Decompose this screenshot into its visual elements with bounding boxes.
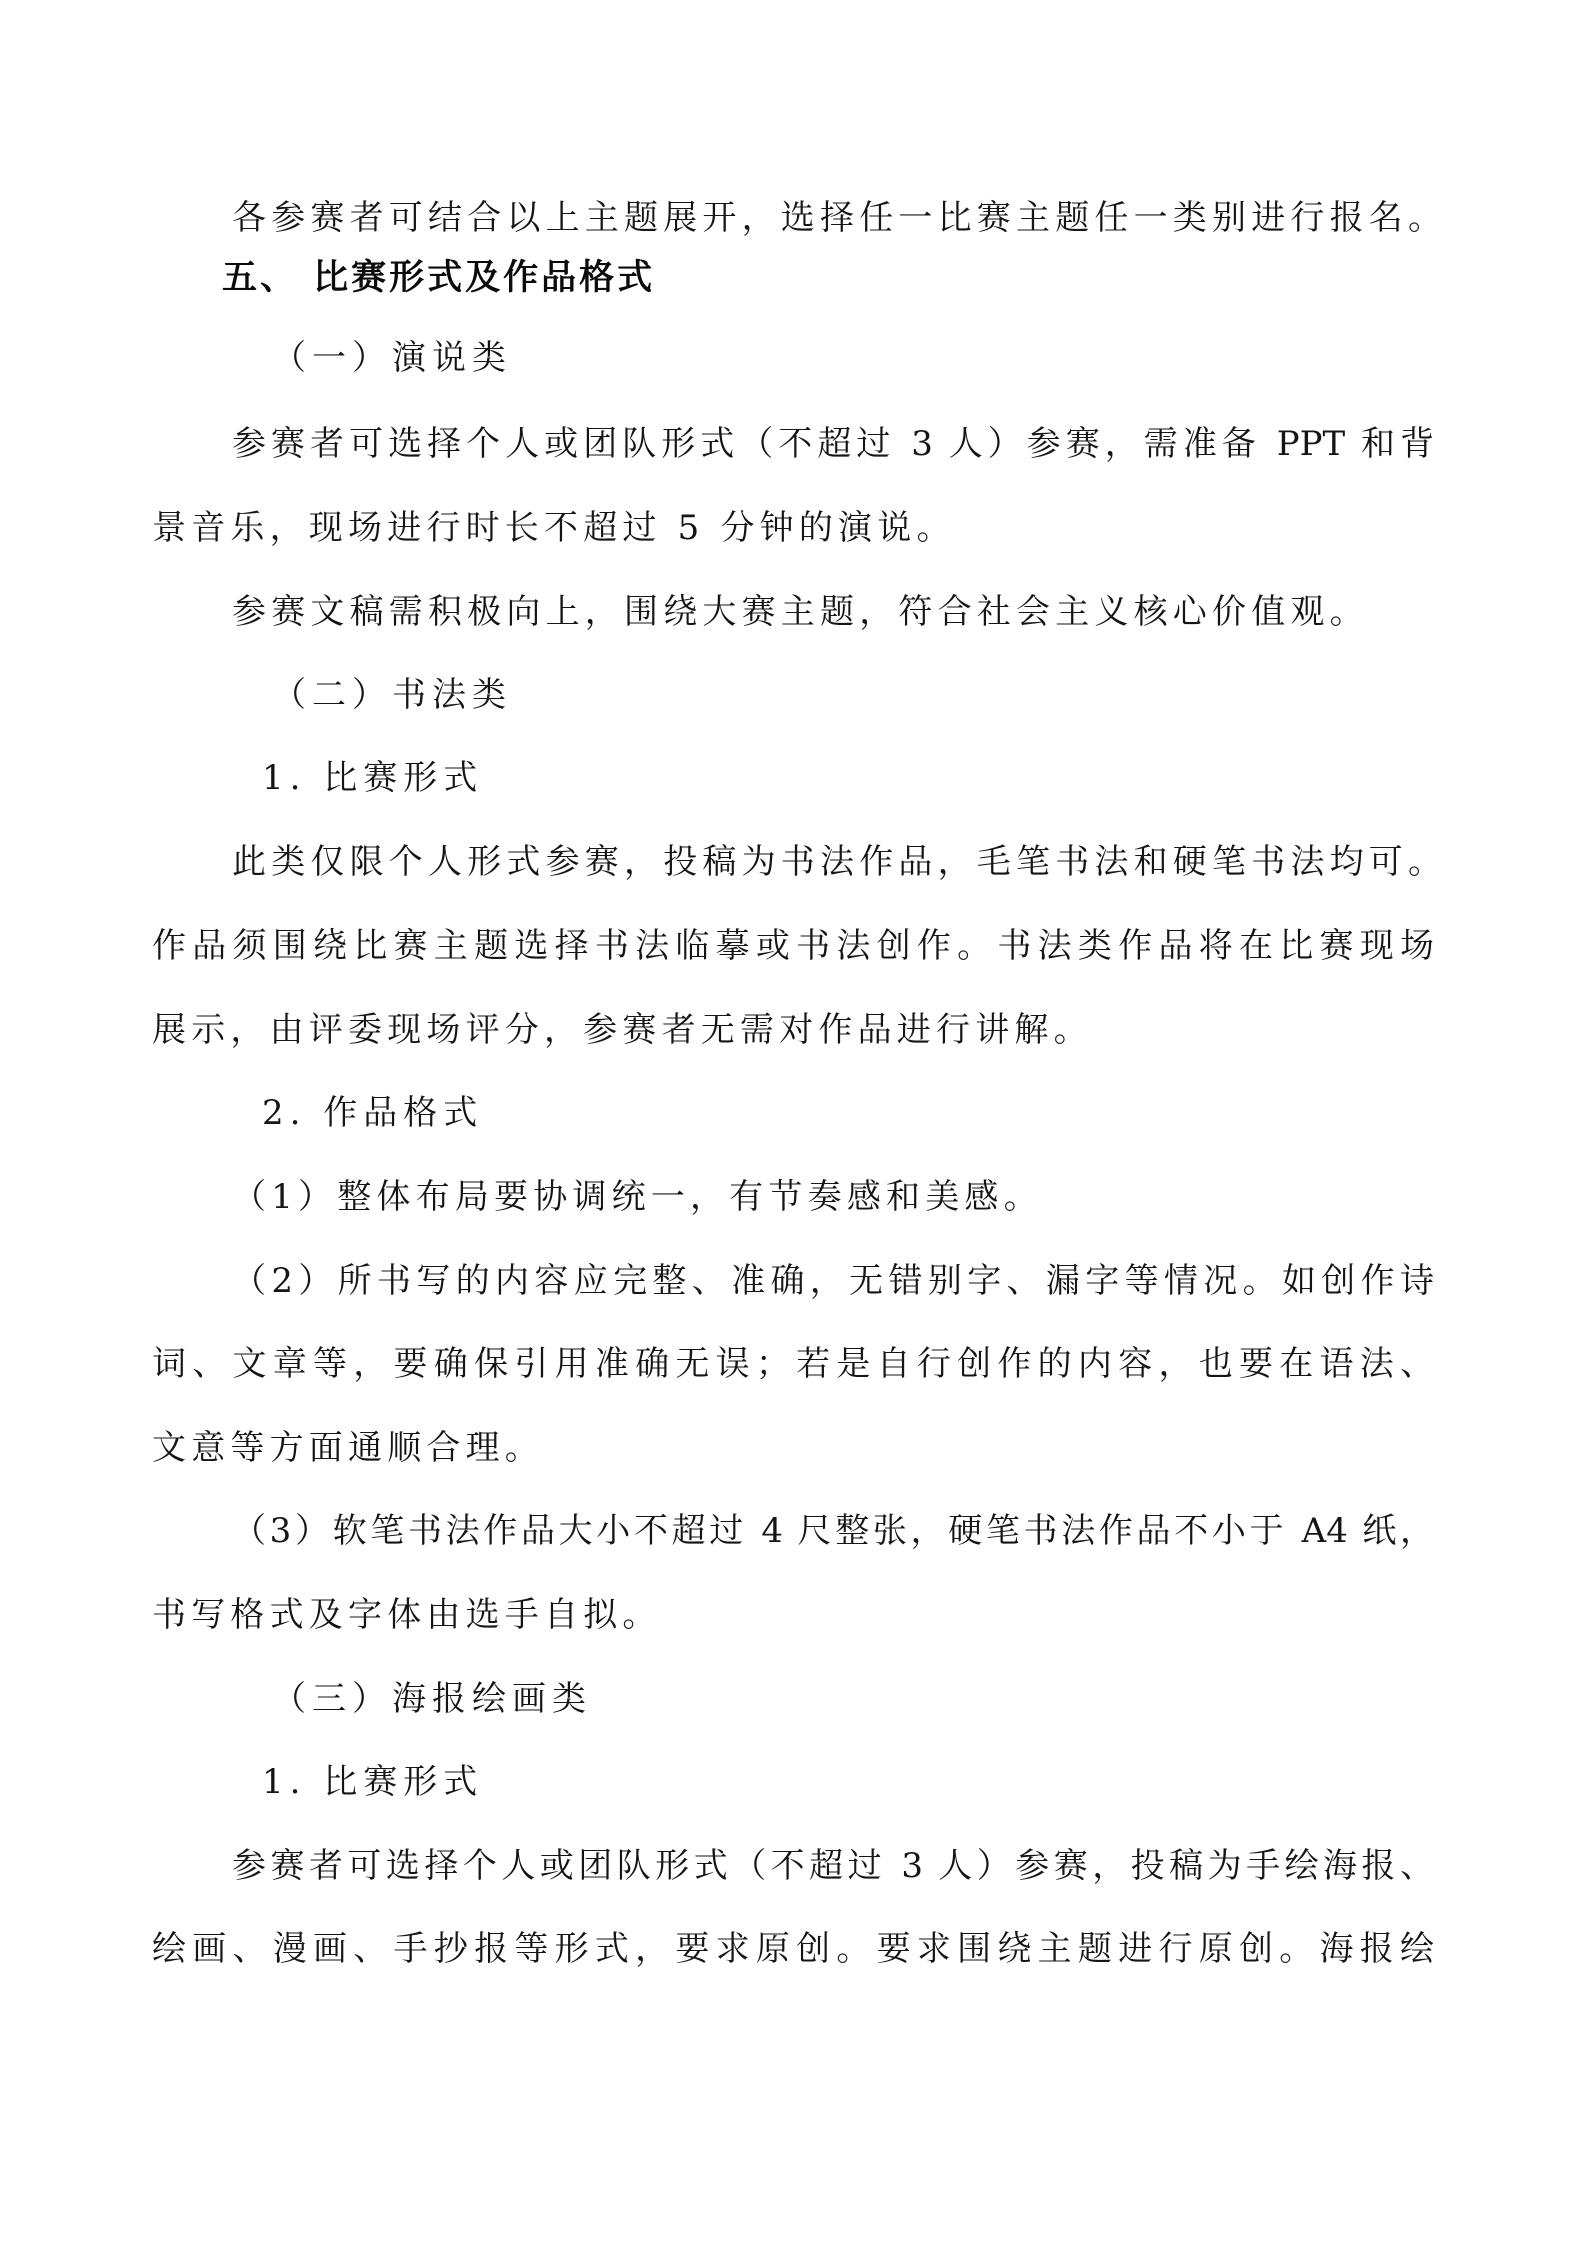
paragraph-line: 词、文章等，要确保引用准确无误；若是自行创作的内容，也要在语法、 <box>152 1334 1434 1394</box>
paragraph-line: 文意等方面通顺合理。 <box>152 1418 1434 1478</box>
subsection-heading: （三）海报绘画类 <box>152 1669 1554 1729</box>
paragraph-line: 展示，由评委现场评分，参赛者无需对作品进行讲解。 <box>152 1000 1434 1060</box>
paragraph-line: 景音乐，现场进行时长不超过 5 分钟的演说。 <box>152 498 1434 558</box>
document-page: 各参赛者可结合以上主题展开，选择任一比赛主题任一类别进行报名。 五、 比赛形式及… <box>0 0 1586 2245</box>
paragraph-line: 绘画、漫画、手抄报等形式，要求原创。要求围绕主题进行原创。海报绘 <box>152 1919 1434 1979</box>
numbered-heading: 1. 比赛形式 <box>152 1752 1544 1812</box>
paragraph-line: 各参赛者可结合以上主题展开，选择任一比赛主题任一类别进行报名。 <box>152 188 1434 248</box>
subsection-heading: （一）演说类 <box>152 328 1554 388</box>
paragraph-line: 作品须围绕比赛主题选择书法临摹或书法创作。书法类作品将在比赛现场 <box>152 916 1434 976</box>
subsection-heading: （二）书法类 <box>152 665 1554 725</box>
paragraph-line: 参赛文稿需积极向上，围绕大赛主题，符合社会主义核心价值观。 <box>152 582 1434 642</box>
list-item: （1）整体布局要协调统一，有节奏感和美感。 <box>152 1167 1434 1227</box>
paragraph-line: 参赛者可选择个人或团队形式（不超过 3 人）参赛，需准备 PPT 和背 <box>152 414 1434 474</box>
paragraph-line: 此类仅限个人形式参赛，投稿为书法作品，毛笔书法和硬笔书法均可。 <box>152 832 1434 892</box>
numbered-heading: 1. 比赛形式 <box>152 748 1544 808</box>
paragraph-line: 参赛者可选择个人或团队形式（不超过 3 人）参赛，投稿为手绘海报、 <box>152 1836 1434 1896</box>
section-heading: 五、 比赛形式及作品格式 <box>152 248 1504 308</box>
list-item: （2）所书写的内容应完整、准确，无错别字、漏字等情况。如创作诗 <box>152 1251 1434 1311</box>
list-item: （3）软笔书法作品大小不超过 4 尺整张，硬笔书法作品不小于 A4 纸， <box>152 1501 1434 1561</box>
paragraph-line: 书写格式及字体由选手自拟。 <box>152 1585 1434 1645</box>
numbered-heading: 2. 作品格式 <box>152 1083 1544 1143</box>
